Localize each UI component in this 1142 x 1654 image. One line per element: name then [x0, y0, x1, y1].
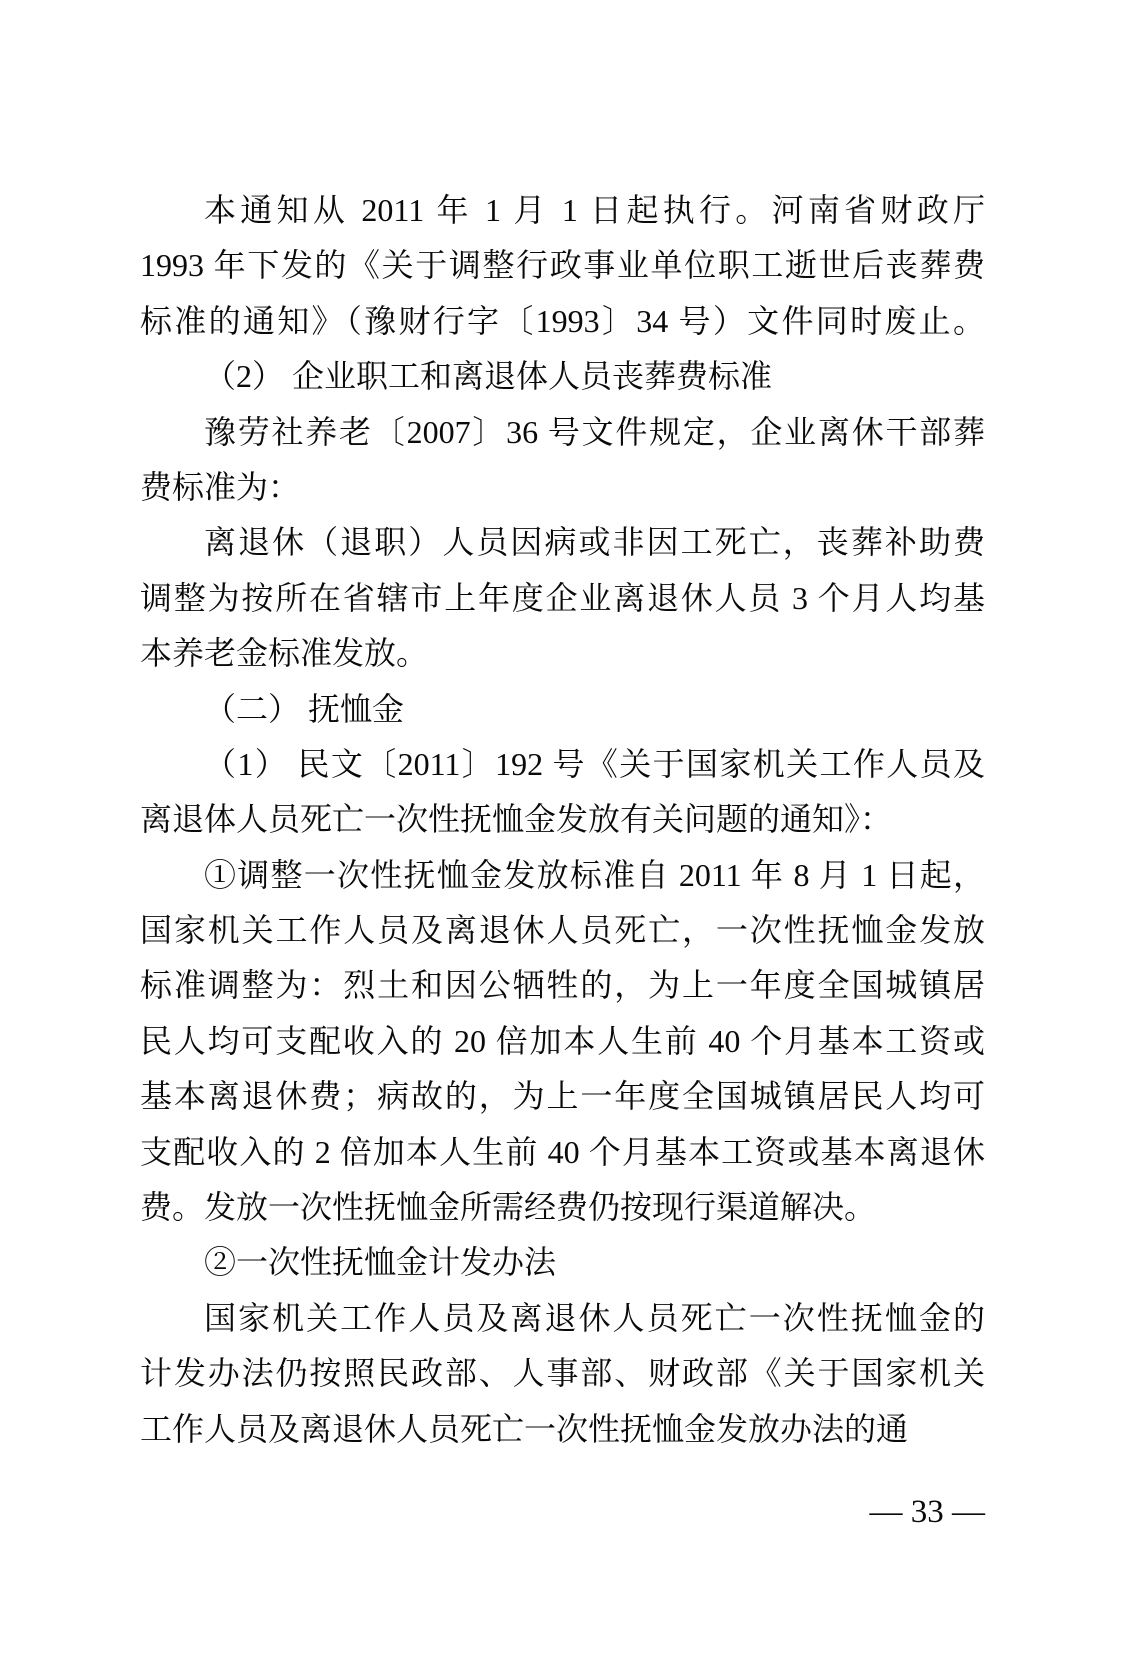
text-line: 国家机关工作人员及离退休人员死亡，一次性抚恤金发放: [140, 903, 985, 958]
page-number: — 33 —: [870, 1494, 986, 1530]
text-line: （2） 企业职工和离退体人员丧葬费标准: [140, 349, 985, 404]
text-line: 国家机关工作人员及离退休人员死亡一次性抚恤金的: [140, 1291, 985, 1346]
text-line: 费。发放一次性抚恤金所需经费仍按现行渠道解决。: [140, 1180, 985, 1235]
text-line: （1） 民文〔2011〕192 号《关于国家机关工作人员及: [140, 737, 985, 792]
text-line: 工作人员及离退休人员死亡一次性抚恤金发放办法的通: [140, 1402, 985, 1457]
text-line: 标准的通知》（豫财行字〔1993〕34 号）文件同时废止。: [140, 294, 985, 349]
text-line: 基本离退休费；病故的，为上一年度全国城镇居民人均可: [140, 1069, 985, 1124]
document-page: 本通知从 2011 年 1 月 1 日起执行。河南省财政厅1993 年下发的《关…: [0, 0, 1142, 1654]
text-line: 调整为按所在省辖市上年度企业离退休人员 3 个月人均基: [140, 571, 985, 626]
page-footer: — 33 —: [140, 1490, 985, 1534]
text-line: 民人均可支配收入的 20 倍加本人生前 40 个月基本工资或: [140, 1014, 985, 1069]
text-line: 离退体人员死亡一次性抚恤金发放有关问题的通知》：: [140, 792, 985, 847]
text-line: ①调整一次性抚恤金发放标准自 2011 年 8 月 1 日起，: [140, 848, 985, 903]
text-line: 标准调整为：烈土和因公牺牲的，为上一年度全国城镇居: [140, 958, 985, 1013]
text-line: 本养老金标准发放。: [140, 626, 985, 681]
document-body: 本通知从 2011 年 1 月 1 日起执行。河南省财政厅1993 年下发的《关…: [140, 183, 985, 1457]
text-line: 豫劳社养老〔2007〕36 号文件规定，企业离休干部葬: [140, 405, 985, 460]
text-line: 计发办法仍按照民政部、人事部、财政部《关于国家机关: [140, 1346, 985, 1401]
text-line: 离退休（退职）人员因病或非因工死亡，丧葬补助费: [140, 515, 985, 570]
text-line: 1993 年下发的《关于调整行政事业单位职工逝世后丧葬费: [140, 238, 985, 293]
text-line: （二） 抚恤金: [140, 682, 985, 737]
text-line: 本通知从 2011 年 1 月 1 日起执行。河南省财政厅: [140, 183, 985, 238]
text-line: 费标准为：: [140, 460, 985, 515]
text-line: ②一次性抚恤金计发办法: [140, 1235, 985, 1290]
text-line: 支配收入的 2 倍加本人生前 40 个月基本工资或基本离退休: [140, 1125, 985, 1180]
